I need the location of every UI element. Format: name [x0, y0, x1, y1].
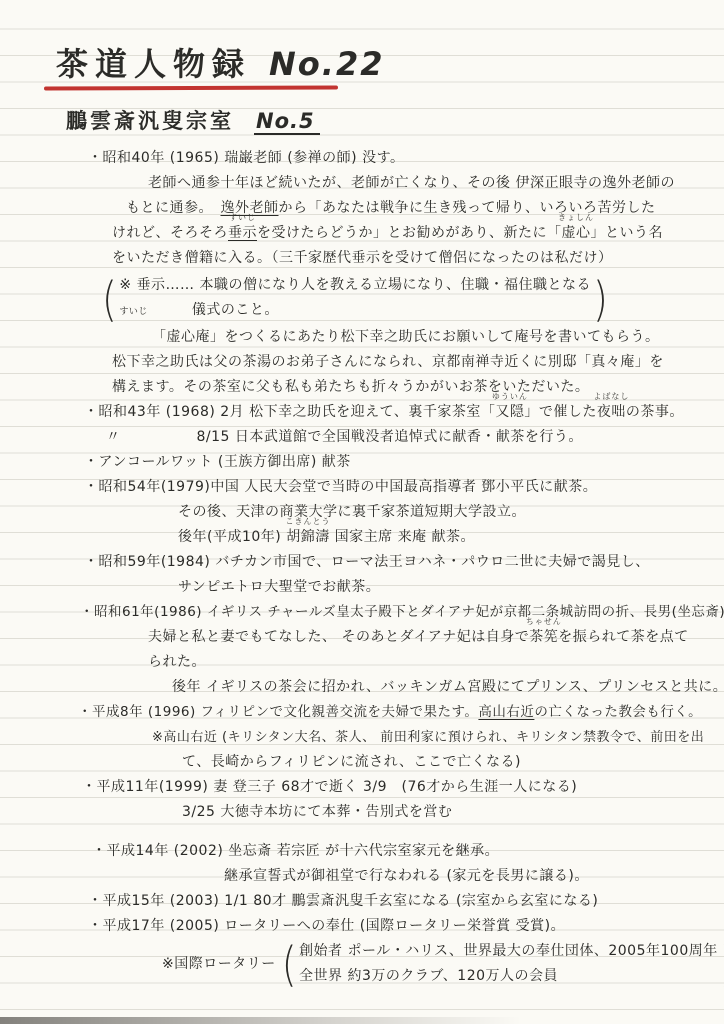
- text-run: ・平成11年(1999) 妻 登三子 68才で逝く 3/9 (76才から生涯一人…: [82, 779, 577, 795]
- underlined-text: 高山右近: [478, 704, 534, 720]
- text-run: を振られて茶を点て: [558, 629, 689, 645]
- annotation-rows: 創始者 ポール・ハリス、世界最大の奉仕団体、2005年100周年全世界 約3万の…: [299, 939, 718, 989]
- text-run: すいじ: [119, 307, 148, 317]
- note-line: ※高山右近 (キリシタン大名、茶人、 前田利家に預けられ、キリシタン禁教令で、前…: [152, 725, 724, 750]
- text-run: の亡くなった教会も行く。: [534, 704, 702, 720]
- text-run: ・平成17年 (2005) ロータリーへの奉仕 (国際ロータリー栄誉賞 受賞)。: [88, 918, 565, 934]
- text-run: 3/25 大徳寺本坊にて本葬・告別式を営む: [182, 804, 452, 820]
- text-run: 継承宣誓式が御祖堂で行なわれる (家元を長男に譲る)。: [224, 868, 589, 884]
- annotation-row: 創始者 ポール・ハリス、世界最大の奉仕団体、2005年100周年: [299, 939, 718, 964]
- text-with-furigana: 虚心きょしん: [562, 221, 591, 246]
- text-run: けれど、そろそろ: [112, 225, 228, 241]
- text-run: 後年 イギリスの茶会に招かれ、バッキンガム宮殿にてプリンス、プリンセスと共に。: [172, 679, 724, 695]
- note-line: ・昭和61年(1986) イギリス チャールズ皇太子殿下とダイアナ妃が京都二条城…: [80, 600, 724, 625]
- text-with-furigana: 又隠ゆういん: [495, 400, 524, 425]
- note-line: て、長崎からフィリピンに流され、ここで亡くなる): [182, 750, 724, 775]
- big-paren-open: (: [100, 269, 119, 329]
- note-line: もとに通参。 逸外老師から「あなたは戦争に生き残って帰り、いろいろ苦労した: [126, 196, 724, 221]
- note-line: ・平成8年 (1996) フィリピンで文化親善交流を夫婦で果たす。高山右近の亡く…: [78, 700, 724, 725]
- note-line: ・昭和40年 (1965) 瑞巌老師 (参禅の師) 没す。: [88, 146, 724, 171]
- furigana: きょしん: [558, 214, 594, 222]
- subtitle-text: 鵬雲斎汎叟宗室: [66, 109, 234, 133]
- text-run: ・平成8年 (1996) フィリピンで文化親善交流を夫婦で果たす。: [78, 704, 478, 720]
- note-line: ・平成11年(1999) 妻 登三子 68才で逝く 3/9 (76才から生涯一人…: [82, 775, 724, 800]
- note-line: ・平成14年 (2002) 坐忘斎 若宗匠 が十六代宗室家元を継承。: [92, 839, 724, 864]
- note-line: その後、天津の商業大学に裏千家茶道短期大学設立。: [178, 500, 724, 525]
- text-run: 後年(平成10年): [178, 529, 286, 545]
- text-run: その後、天津の商業大学に裏千家茶道短期大学設立。: [178, 504, 526, 520]
- note-line: サンピエトロ大聖堂でお献茶。: [178, 575, 724, 600]
- note-line: ・昭和59年(1984) バチカン市国で、ローマ法王ヨハネ・パウロ二世に夫婦で謁…: [84, 550, 724, 575]
- text-run: をいただき僧籍に入る。（三千家歴代垂示を受けて僧侶になったのは私だけ）: [112, 250, 613, 266]
- text-run: ・昭和59年(1984) バチカン市国で、ローマ法王ヨハネ・パウロ二世に夫婦で謁…: [84, 554, 650, 570]
- text-run: ・昭和54年(1979)中国 人民大会堂で当時の中国最高指導者 鄧小平氏に献茶。: [84, 479, 597, 495]
- note-line: 後年 イギリスの茶会に招かれ、バッキンガム宮殿にてプリンス、プリンセスと共に。: [172, 675, 724, 700]
- text-run: 8/15 日本武道館で全国戦没者追悼式に献香・献茶を行う。: [197, 429, 583, 445]
- big-paren-close: ): [718, 934, 724, 994]
- note-line: 老師へ通参十年ほど続いたが、老師が亡くなり、その後 伊深正眼寺の逸外老師の: [148, 171, 724, 196]
- text-run: ・昭和61年(1986) イギリス チャールズ皇太子殿下とダイアナ妃が京都二条城…: [80, 604, 724, 620]
- furigana: よばなし: [593, 393, 629, 401]
- annotation-row: ※ 垂示…… 本職の僧になり人を教える立場になり、住職・福住職となる: [119, 273, 591, 298]
- note-line: 継承宣誓式が御祖堂で行なわれる (家元を長男に譲る)。: [224, 864, 724, 889]
- note-line: 3/25 大徳寺本坊にて本葬・告別式を営む: [182, 800, 724, 825]
- notebook-page: 茶道人物録No.22 鵬雲斎汎叟宗室No.5 ・昭和40年 (1965) 瑞巌老…: [0, 0, 724, 1024]
- note-line: ・平成15年 (2003) 1/1 80才 鵬雲斎汎叟千玄室になる (宗室から玄…: [88, 889, 724, 914]
- text-run: ・昭和40年 (1965) 瑞巌老師 (参禅の師) 没す。: [88, 150, 404, 166]
- text-run: から「あなたは戦争に生き残って帰り、いろいろ苦労した: [279, 200, 656, 216]
- text-run: ・平成14年 (2002) 坐忘斎 若宗匠 が十六代宗室家元を継承。: [92, 843, 499, 859]
- note-line: けれど、そろそろ垂示すいじを受けたらどうか」とお勧めがあり、新たに「虚心きょしん…: [112, 221, 724, 246]
- text-run: 国家主席 来庵 献茶。: [330, 529, 475, 545]
- text-run: サンピエトロ大聖堂でお献茶。: [178, 579, 380, 595]
- text-run: 老師へ通参十年ほど続いたが、老師が亡くなり、その後 伊深正眼寺の逸外老師の: [148, 175, 675, 191]
- annotation-rows: ※ 垂示…… 本職の僧になり人を教える立場になり、住職・福住職となるすいじ儀式の…: [119, 273, 591, 325]
- furigana: こきんとう: [285, 518, 330, 526]
- note-line: 後年(平成10年) 胡錦濤こきんとう 国家主席 来庵 献茶。: [178, 525, 724, 550]
- big-paren-close: ): [591, 269, 610, 329]
- text-run: 「虚心庵」をつくるにあたり松下幸之助氏にお願いして庵号を書いてもらう。: [152, 329, 660, 345]
- text-run: 全世界 約3万のクラブ、120万人の会員: [299, 968, 558, 984]
- text-run: て、長崎からフィリピンに流され、ここで亡くなる): [182, 754, 521, 770]
- note-line: 夫婦と私と妻でもてなした、 そのあとダイアナ妃は自身で茶筅ちゃせんを振られて茶を…: [148, 625, 724, 650]
- note-line: をいただき僧籍に入る。（三千家歴代垂示を受けて僧侶になったのは私だけ）: [112, 246, 724, 271]
- page-subtitle: 鵬雲斎汎叟宗室No.5: [66, 106, 724, 136]
- note-body: ・昭和40年 (1965) 瑞巌老師 (参禅の師) 没す。老師へ通参十年ほど続い…: [0, 146, 724, 989]
- text-run: を受けたらどうか」とお勧めがあり、新たに「: [257, 225, 562, 241]
- furigana: すいじ: [229, 214, 256, 222]
- note-line: ・昭和43年 (1968) 2月 松下幸之助氏を迎えて、裏千家茶室「又隠ゆういん…: [84, 400, 724, 425]
- text-run: 夫婦と私と妻でもてなした、 そのあとダイアナ妃は自身で: [148, 629, 529, 645]
- note-line: 「虚心庵」をつくるにあたり松下幸之助氏にお願いして庵号を書いてもらう。: [152, 325, 724, 350]
- furigana: ゆういん: [492, 393, 528, 401]
- note-line: 構えます。その茶室に父も私も弟たちも折々うかがいお茶をいただいた。: [112, 375, 724, 400]
- scan-edge: [0, 1017, 724, 1024]
- annotation-row: 全世界 約3万のクラブ、120万人の会員: [299, 964, 718, 989]
- annotation-lead: ※国際ロータリー: [162, 952, 276, 977]
- note-line: られた。: [148, 650, 724, 675]
- annotation-block: (※ 垂示…… 本職の僧になり人を教える立場になり、住職・福住職となるすいじ儀式…: [100, 273, 724, 325]
- text-run: ・昭和43年 (1968) 2月 松下幸之助氏を迎えて、裏千家茶室「: [84, 404, 495, 420]
- title-underline: [44, 85, 338, 90]
- text-run: 創始者 ポール・ハリス、世界最大の奉仕団体、2005年100周年: [299, 943, 718, 959]
- text-run: 儀式のこと。: [192, 302, 279, 318]
- text-with-furigana: 胡錦濤こきんとう: [286, 525, 330, 550]
- note-line: 松下幸之助氏は父の茶湯のお弟子さんになられ、京都南禅寺近くに別邸「真々庵」を: [112, 350, 724, 375]
- annotation-row: すいじ儀式のこと。: [119, 298, 591, 325]
- annotation-block: ※国際ロータリー(創始者 ポール・ハリス、世界最大の奉仕団体、2005年100周…: [162, 939, 724, 989]
- text-with-furigana: 茶筅ちゃせん: [529, 625, 558, 650]
- big-paren-open: (: [280, 934, 299, 994]
- text-run: 〃: [106, 429, 121, 445]
- text-run: 松下幸之助氏は父の茶湯のお弟子さんになられ、京都南禅寺近くに別邸「真々庵」を: [112, 354, 664, 370]
- text-run: られた。: [148, 654, 206, 670]
- title-number: No.22: [269, 45, 384, 83]
- page-title: 茶道人物録No.22: [56, 44, 724, 84]
- text-run: ※国際ロータリー: [162, 956, 276, 972]
- note-line: 〃8/15 日本武道館で全国戦没者追悼式に献香・献茶を行う。: [106, 425, 724, 450]
- title-text: 茶道人物録: [56, 45, 251, 83]
- note-line: ・アンコールワット (王族方御出席) 献茶: [84, 450, 724, 475]
- text-run: もとに通参。: [126, 200, 221, 216]
- subtitle-number: No.5: [254, 109, 320, 135]
- furigana: ちゃせん: [526, 618, 562, 626]
- text-run: の茶事。: [626, 404, 684, 420]
- text-run: ※高山右近 (キリシタン大名、茶人、 前田利家に預けられ、キリシタン禁教令で、前…: [152, 730, 704, 745]
- text-run: ※ 垂示…… 本職の僧になり人を教える立場になり、住職・福住職となる: [119, 277, 591, 293]
- text-run: 」で催した: [524, 404, 597, 420]
- text-run: 」という名: [591, 225, 664, 241]
- text-run: ・アンコールワット (王族方御出席) 献茶: [84, 454, 351, 470]
- note-line: ・昭和54年(1979)中国 人民大会堂で当時の中国最高指導者 鄧小平氏に献茶。: [84, 475, 724, 500]
- text-with-furigana: 夜咄よばなし: [597, 400, 626, 425]
- note-line: ・平成17年 (2005) ロータリーへの奉仕 (国際ロータリー栄誉賞 受賞)。: [88, 914, 724, 939]
- text-run: ・平成15年 (2003) 1/1 80才 鵬雲斎汎叟千玄室になる (宗室から玄…: [88, 893, 598, 909]
- text-with-furigana: 垂示すいじ: [228, 221, 257, 246]
